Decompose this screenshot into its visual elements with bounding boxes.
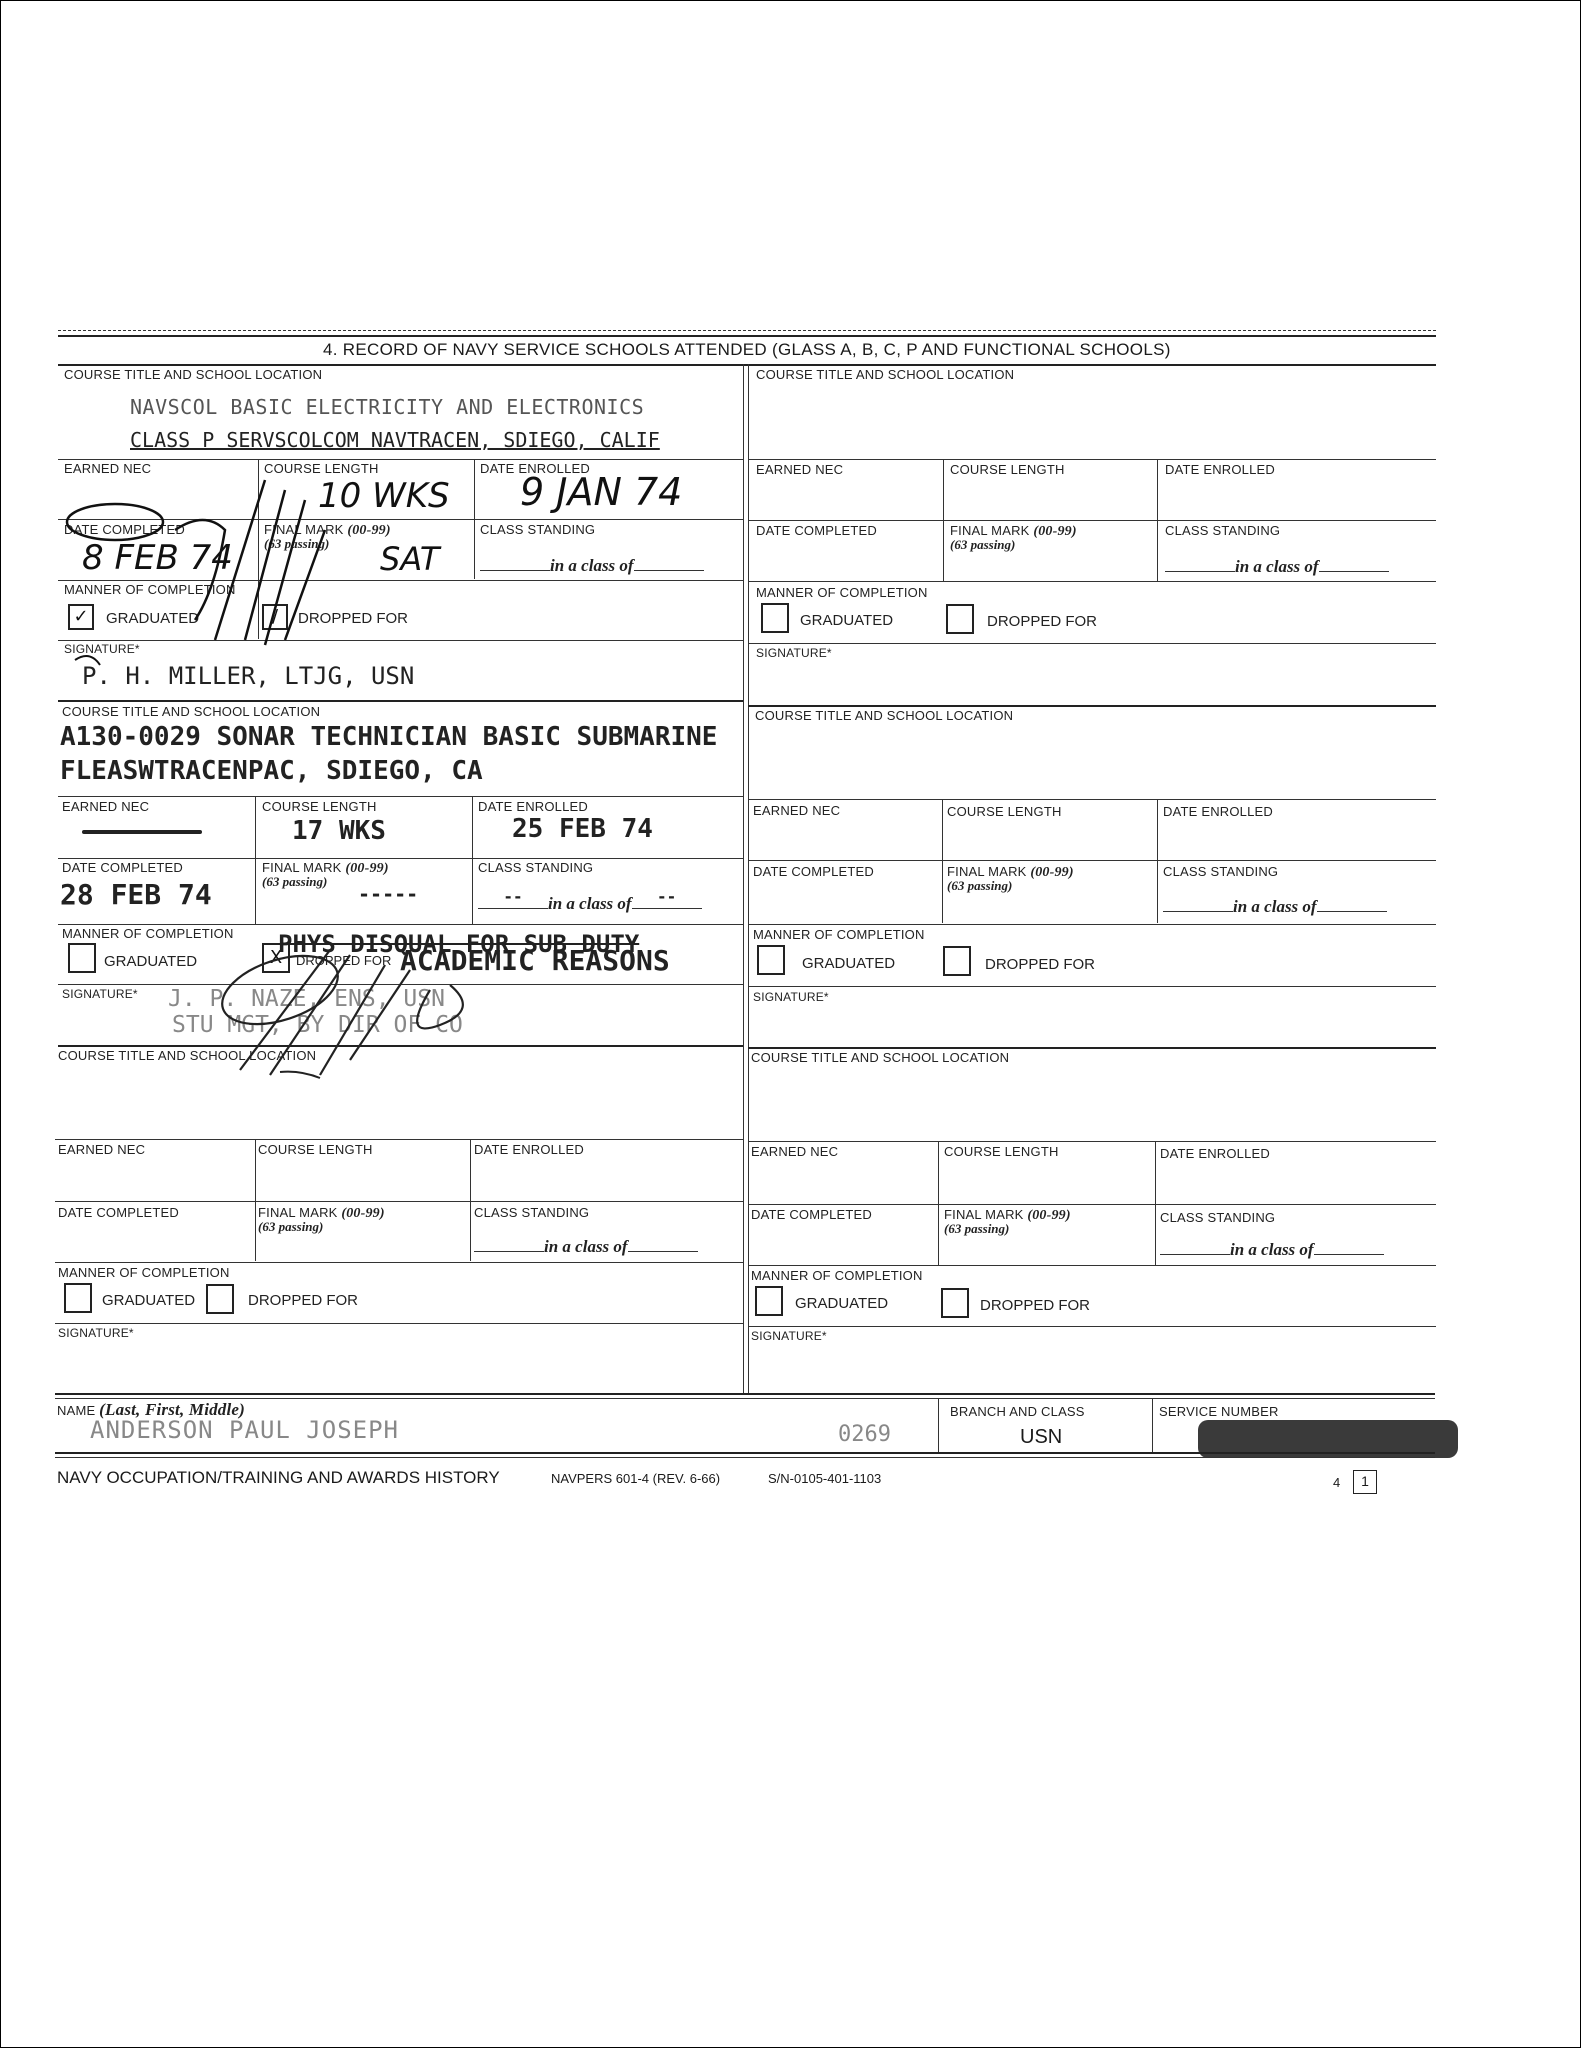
stock-number: S/N-0105-401-1103: [768, 1471, 881, 1486]
course-title-line2: CLASS P SERVSCOLCOM NAVTRACEN, SDIEGO, C…: [130, 428, 660, 452]
course-title-label: COURSE TITLE AND SCHOOL LOCATION: [62, 704, 320, 719]
rule: [748, 643, 1436, 644]
rule: [55, 1323, 743, 1324]
class-standing-field: in a class of: [474, 1237, 698, 1257]
col-divider: [1157, 799, 1158, 923]
branch-and-class-label: BRANCH AND CLASS: [950, 1404, 1085, 1419]
class-standing-label: CLASS STANDING: [474, 1205, 589, 1220]
final-mark-value: -----: [358, 882, 418, 906]
signature-label: SIGNATURE*: [62, 987, 138, 1001]
graduated-label: GRADUATED: [795, 1295, 888, 1312]
date-completed-value: 28 FEB 74: [60, 878, 212, 911]
final-mark-passing: (63 passing): [944, 1221, 1009, 1237]
graduated-label: GRADUATED: [802, 955, 895, 972]
earned-nec-value-dash: [82, 830, 202, 834]
rule: [55, 1393, 1435, 1395]
rule: [748, 1141, 1436, 1142]
rule: [58, 796, 743, 797]
course-title-line2: FLEASWTRACENPAC, SDIEGO, CA: [60, 756, 483, 786]
earned-nec-label: EARNED NEC: [753, 803, 840, 818]
manner-of-completion-label: MANNER OF COMPLETION: [751, 1268, 923, 1283]
rule: [748, 520, 1436, 521]
top-rule-2: [58, 335, 1436, 337]
signature-label: SIGNATURE*: [753, 990, 829, 1004]
dropped-for-label: DROPPED FOR: [987, 613, 1097, 630]
manner-of-completion-label: MANNER OF COMPLETION: [756, 585, 928, 600]
course-length-label: COURSE LENGTH: [944, 1144, 1059, 1159]
course-title-line1: NAVSCOL BASIC ELECTRICITY AND ELECTRONIC…: [130, 395, 644, 419]
rule: [748, 799, 1436, 800]
col-divider: [472, 796, 473, 924]
branch-and-class-value: USN: [1020, 1426, 1062, 1449]
rule: [55, 1201, 743, 1202]
class-standing-field: in a class of: [1163, 897, 1387, 917]
final-mark-passing: (63 passing): [262, 874, 327, 890]
rule: [748, 986, 1436, 987]
class-standing-label: CLASS STANDING: [480, 522, 595, 537]
class-standing-field: in a class of: [1160, 1240, 1384, 1260]
date-completed-label: DATE COMPLETED: [58, 1205, 179, 1220]
col-divider: [1155, 1141, 1156, 1265]
rule: [58, 924, 743, 925]
graduated-checkbox[interactable]: [755, 1286, 783, 1316]
dropped-for-label: DROPPED FOR: [248, 1292, 358, 1309]
class-standing-label: CLASS STANDING: [478, 860, 593, 875]
date-enrolled-label: DATE ENROLLED: [478, 799, 588, 814]
signature-label: SIGNATURE*: [756, 646, 832, 660]
course-length-value: 17 WKS: [292, 816, 386, 846]
service-number-label: SERVICE NUMBER: [1159, 1404, 1279, 1419]
rule: [55, 1452, 1435, 1454]
col-divider: [255, 796, 256, 924]
graduated-label: GRADUATED: [104, 953, 197, 970]
class-standing-field: in a class of: [1165, 557, 1389, 577]
dropped-for-checkbox[interactable]: [206, 1284, 234, 1314]
final-mark-value: SAT: [380, 540, 439, 578]
final-mark-passing: (63 passing): [947, 878, 1012, 894]
earned-nec-label: EARNED NEC: [58, 1142, 145, 1157]
earned-nec-label: EARNED NEC: [756, 462, 843, 477]
handwritten-signature-scrawl: [55, 470, 375, 650]
manner-of-completion-label: MANNER OF COMPLETION: [753, 927, 925, 942]
rule: [58, 858, 743, 859]
col-divider: [938, 1398, 939, 1453]
course-title-label: COURSE TITLE AND SCHOOL LOCATION: [755, 708, 1013, 723]
dropped-for-checkbox[interactable]: [943, 946, 971, 976]
name-value: ANDERSON PAUL JOSEPH: [90, 1416, 399, 1444]
signature-label: SIGNATURE*: [751, 1329, 827, 1343]
col-divider: [938, 1141, 939, 1265]
center-divider-2: [748, 364, 749, 1394]
dropped-for-label: DROPPED FOR: [985, 956, 1095, 973]
date-enrolled-value: 25 FEB 74: [512, 814, 653, 844]
date-enrolled-label: DATE ENROLLED: [1163, 804, 1273, 819]
rule: [55, 1262, 743, 1263]
course-title-label: COURSE TITLE AND SCHOOL LOCATION: [58, 1048, 316, 1063]
rule: [748, 1326, 1436, 1327]
course-title-line1: A130-0029 SONAR TECHNICIAN BASIC SUBMARI…: [60, 722, 717, 752]
course-length-label: COURSE LENGTH: [947, 804, 1062, 819]
rule: [748, 1204, 1436, 1205]
signature-label: SIGNATURE*: [58, 1326, 134, 1340]
dropped-for-label: DROPPED FOR: [980, 1297, 1090, 1314]
rule: [748, 705, 1436, 707]
rule: [748, 924, 1436, 925]
date-enrolled-label: DATE ENROLLED: [1165, 462, 1275, 477]
signature-typed: P. H. MILLER, LTJG, USN: [82, 662, 414, 690]
header-bottom-rule: [58, 364, 1436, 366]
page-number-box: 1: [1353, 1470, 1377, 1494]
col-divider: [942, 799, 943, 923]
rule: [58, 459, 743, 460]
form-number: NAVPERS 601-4 (REV. 6-66): [551, 1471, 720, 1486]
date-completed-label: DATE COMPLETED: [756, 523, 877, 538]
rule: [748, 581, 1436, 582]
course-length-label: COURSE LENGTH: [262, 799, 377, 814]
final-mark-passing: (63 passing): [258, 1219, 323, 1235]
rule: [748, 860, 1436, 861]
class-standing-label: CLASS STANDING: [1160, 1210, 1275, 1225]
rule: [55, 1398, 1435, 1399]
col-divider: [470, 1139, 471, 1261]
course-length-label: COURSE LENGTH: [950, 462, 1065, 477]
dropped-for-checkbox[interactable]: [946, 604, 974, 634]
course-length-label: COURSE LENGTH: [258, 1142, 373, 1157]
class-standing-label: CLASS STANDING: [1165, 523, 1280, 538]
class-standing-field: --in a class of--: [478, 894, 702, 914]
rule: [748, 1265, 1436, 1266]
earned-nec-label: EARNED NEC: [751, 1144, 838, 1159]
rule: [58, 1045, 743, 1047]
graduated-checkbox[interactable]: [64, 1283, 92, 1313]
final-mark-passing: (63 passing): [950, 537, 1015, 553]
date-completed-label: DATE COMPLETED: [751, 1207, 872, 1222]
graduated-label: GRADUATED: [800, 612, 893, 629]
class-standing-field: in a class of: [480, 556, 704, 576]
graduated-checkbox[interactable]: [68, 943, 96, 973]
stamp-number: 0269: [838, 1422, 891, 1447]
rule: [55, 1139, 743, 1140]
course-title-label: COURSE TITLE AND SCHOOL LOCATION: [756, 367, 1014, 382]
class-standing-label: CLASS STANDING: [1163, 864, 1278, 879]
dropped-for-checkbox[interactable]: [941, 1288, 969, 1318]
center-divider: [743, 364, 744, 1394]
page-prefix: 4: [1333, 1475, 1340, 1490]
date-completed-label: DATE COMPLETED: [753, 864, 874, 879]
course-title-label: COURSE TITLE AND SCHOOL LOCATION: [64, 367, 322, 382]
manner-of-completion-label: MANNER OF COMPLETION: [58, 1265, 230, 1280]
rule: [748, 459, 1436, 460]
date-completed-label: DATE COMPLETED: [62, 860, 183, 875]
rule: [748, 1047, 1436, 1049]
graduated-checkbox[interactable]: [757, 945, 785, 975]
rule: [55, 1457, 1435, 1458]
form-title: NAVY OCCUPATION/TRAINING AND AWARDS HIST…: [57, 1468, 500, 1488]
rule: [58, 700, 743, 702]
col-divider: [255, 1139, 256, 1261]
course-title-label: COURSE TITLE AND SCHOOL LOCATION: [751, 1050, 1009, 1065]
manner-of-completion-label: MANNER OF COMPLETION: [62, 926, 234, 941]
col-divider: [1152, 1398, 1153, 1453]
earned-nec-label: EARNED NEC: [62, 799, 149, 814]
section-title: 4. RECORD OF NAVY SERVICE SCHOOLS ATTEND…: [323, 340, 1171, 360]
graduated-label: GRADUATED: [102, 1292, 195, 1309]
date-enrolled-value: 9 JAN 74: [520, 470, 682, 514]
date-enrolled-label: DATE ENROLLED: [474, 1142, 584, 1157]
date-enrolled-label: DATE ENROLLED: [1160, 1146, 1270, 1161]
top-rule: [58, 330, 1436, 331]
graduated-checkbox[interactable]: [761, 603, 789, 633]
